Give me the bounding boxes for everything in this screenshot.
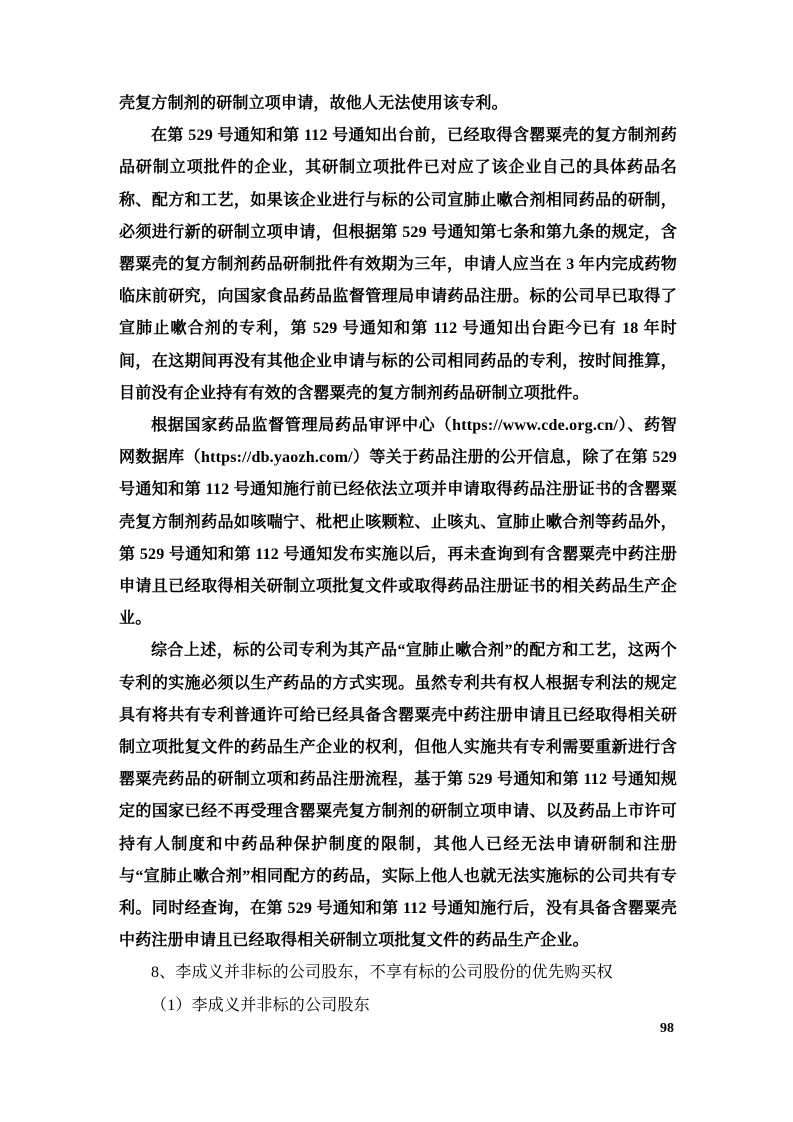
- para-conclusion: 综合上述，标的公司专利为其产品“宣肺止嗽合剂”的配方和工艺，这两个专利的实施必须…: [119, 635, 677, 957]
- para-notice-background: 在第 529 号通知和第 112 号通知出台前，已经取得含罂粟壳的复方制剂药品研…: [119, 120, 677, 410]
- heading-subsection-1: （1）李成义并非标的公司股东: [119, 990, 677, 1022]
- document-page: 壳复方制剂的研制立项申请，故他人无法使用该专利。 在第 529 号通知和第 11…: [0, 0, 793, 1122]
- para-registration-search: 根据国家药品监督管理局药品审评中心（https://www.cde.org.cn…: [119, 410, 677, 635]
- page-number: 98: [660, 1021, 674, 1037]
- document-body: 壳复方制剂的研制立项申请，故他人无法使用该专利。 在第 529 号通知和第 11…: [119, 88, 677, 1022]
- heading-section-8: 8、李成义并非标的公司股东，不享有标的公司股份的优先购买权: [119, 957, 677, 989]
- para-continuation: 壳复方制剂的研制立项申请，故他人无法使用该专利。: [119, 88, 677, 120]
